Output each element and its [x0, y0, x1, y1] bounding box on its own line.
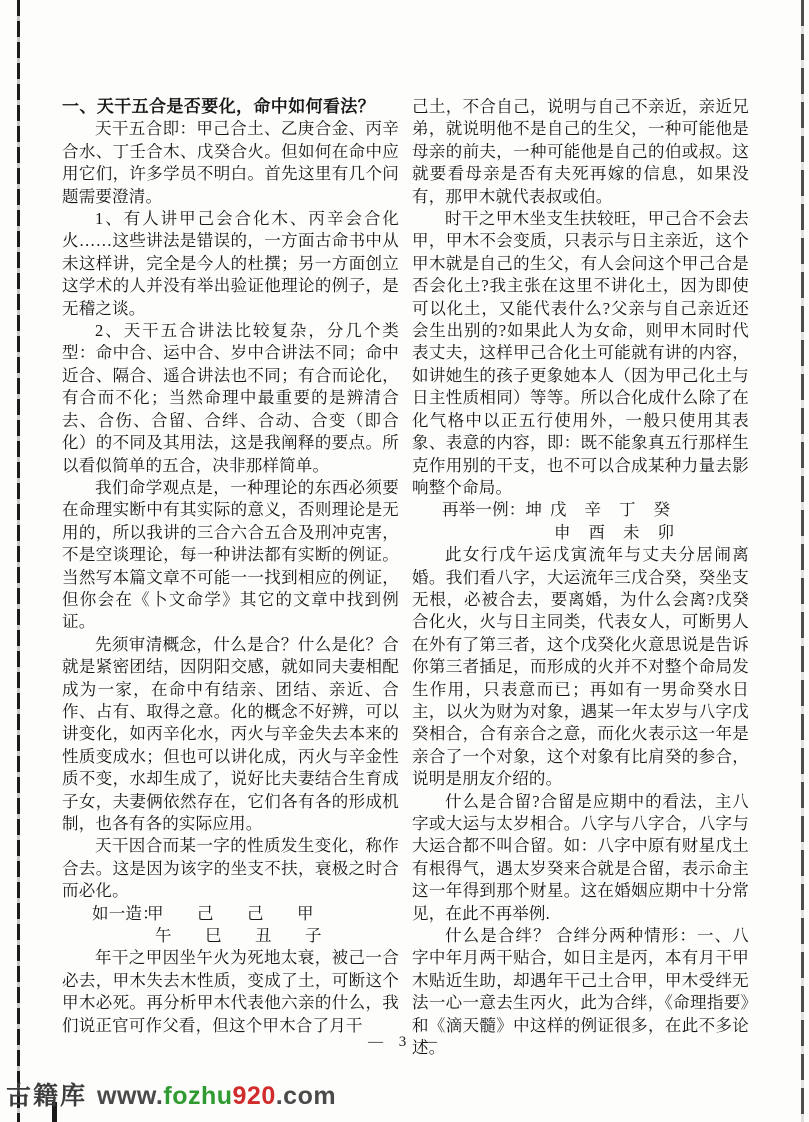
bazi-chart-example-1: 如一造： 甲 己 己 甲 午 巳 丑 子 — [62, 903, 399, 948]
watermark-url-920: 920 — [233, 1082, 276, 1110]
paragraph: 天干因合而某一字的性质发生变化，称作合去。这是因为该字的坐支不扶，衰极之时合而必… — [62, 835, 399, 902]
watermark-url-com: .com — [276, 1082, 336, 1110]
bazi-branches-row: 申 酉 未 卯 — [412, 522, 749, 544]
paragraph: 时干之甲木坐支生扶较旺，甲己合不会去甲，甲木不会变质，只表示与日主亲近，这个甲木… — [412, 208, 749, 499]
bazi-branch: 巳 — [205, 925, 255, 947]
bazi-stem: 甲 — [297, 903, 347, 925]
watermark-url-fozhu: fozhu — [163, 1082, 232, 1110]
bazi-gender-tag: 坤 — [526, 500, 543, 519]
bazi-branch: 卯 — [658, 522, 693, 544]
bazi-stems-row: 如一造： 甲 己 己 甲 — [62, 903, 399, 925]
bazi-stem: 癸 — [654, 499, 689, 521]
bazi-label-spacer — [62, 925, 155, 947]
paragraph: 天干五合即：甲己合土、乙庚合金、丙辛合水、丁壬合木、戊癸合火。但如何在命中应用它… — [62, 118, 399, 208]
bazi-branch: 未 — [623, 522, 658, 544]
section-title: 一、天干五合是否要化，命中如何看法？ — [62, 96, 399, 118]
left-binding-mark — [17, 0, 20, 1122]
bazi-stem: 丁 — [619, 499, 654, 521]
bazi-stem: 甲 — [147, 903, 197, 925]
bazi-stem: 戊 — [550, 499, 585, 521]
paragraph: 年干之甲因坐午火为死地太衰，被己一合必去，甲木失去木性质，变成了土，可断这个甲木… — [62, 947, 399, 1037]
bazi-branch: 申 — [554, 522, 589, 544]
bazi-branch: 子 — [305, 925, 355, 947]
bazi-stem: 己 — [197, 903, 247, 925]
bazi-branch: 午 — [155, 925, 205, 947]
page-number: — 3 — — [62, 1034, 749, 1051]
paragraph: 2、天干五合讲法比较复杂，分几个类型：命中合、运中合、岁中合讲法不同；命中近合、… — [62, 320, 399, 477]
paragraph: 1、有人讲甲己会合化木、丙辛会合化火……这些讲法是错误的，一方面古命书中从未这样… — [62, 208, 399, 320]
bazi-stem: 己 — [247, 903, 297, 925]
watermark-site-name: 古籍库 — [6, 1082, 87, 1110]
paragraph: 先须审清概念，什么是合？什么是化？合就是紧密团结，因阴阳交感，就如同夫妻相配成为… — [62, 634, 399, 836]
right-binding-mark — [801, 0, 804, 1122]
bazi-example-label: 再举一例：坤 — [412, 499, 550, 521]
bazi-branch: 酉 — [589, 522, 624, 544]
bazi-stems-row: 再举一例：坤 戊 辛 丁 癸 — [412, 499, 749, 521]
paragraph: 此女行戊午运戊寅流年与丈夫分居闹离婚。我们看八字，大运流年三戊合癸，癸坐支无根，… — [412, 544, 749, 790]
continuation-paragraph: 己土，不合自己，说明与自己不亲近，亲近兄弟，就说明他不是自己的生父，一种可能他是… — [412, 96, 749, 208]
left-column: 一、天干五合是否要化，命中如何看法？ 天干五合即：甲己合土、乙庚合金、丙辛合水、… — [62, 96, 399, 1037]
watermark-url-www: www. — [97, 1082, 163, 1110]
bazi-branches-row: 午 巳 丑 子 — [62, 925, 399, 947]
right-column: 己土，不合自己，说明与自己不亲近，亲近兄弟，就说明他不是自己的生父，一种可能他是… — [412, 96, 749, 1059]
bazi-branch: 丑 — [255, 925, 305, 947]
bazi-stem: 辛 — [585, 499, 620, 521]
bazi-chart-example-2: 再举一例：坤 戊 辛 丁 癸 申 酉 未 卯 — [412, 499, 749, 544]
bazi-label-spacer — [412, 522, 554, 544]
paragraph: 什么是合留?合留是应期中的看法，主八字或大运与太岁相合。八字与八字合，八字与大运… — [412, 791, 749, 925]
paragraph: 我们命学观点是，一种理论的东西必须要在命理实断中有其实际的意义，否则理论是无用的… — [62, 477, 399, 634]
watermark: 古籍库www.fozhu920.com — [6, 1076, 336, 1112]
bazi-label-text: 再举一例： — [442, 500, 526, 519]
bazi-example-label: 如一造： — [62, 903, 147, 925]
